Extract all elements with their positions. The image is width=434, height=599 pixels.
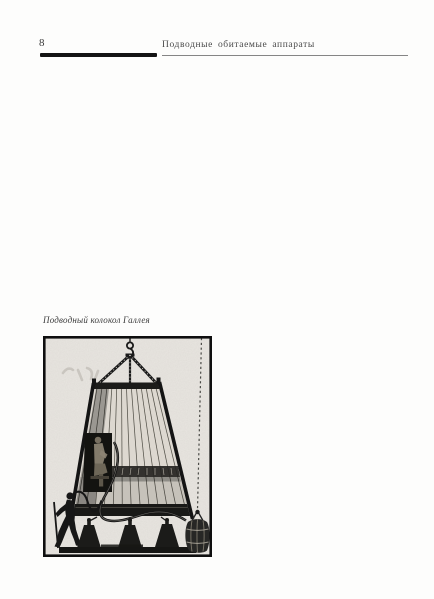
- header-rule-thick: [40, 53, 157, 57]
- running-header: Подводные обитаемые аппараты: [162, 40, 315, 50]
- bell-opening: [83, 433, 112, 492]
- book-page: 8 Подводные обитаемые аппараты Подводный…: [0, 0, 434, 599]
- page-number: 8: [39, 37, 45, 49]
- figure: [43, 336, 212, 557]
- halley-diving-bell-engraving: [43, 336, 212, 557]
- header-rule-thin: [162, 55, 408, 56]
- figure-caption: Подводный колокол Галлея: [43, 315, 150, 325]
